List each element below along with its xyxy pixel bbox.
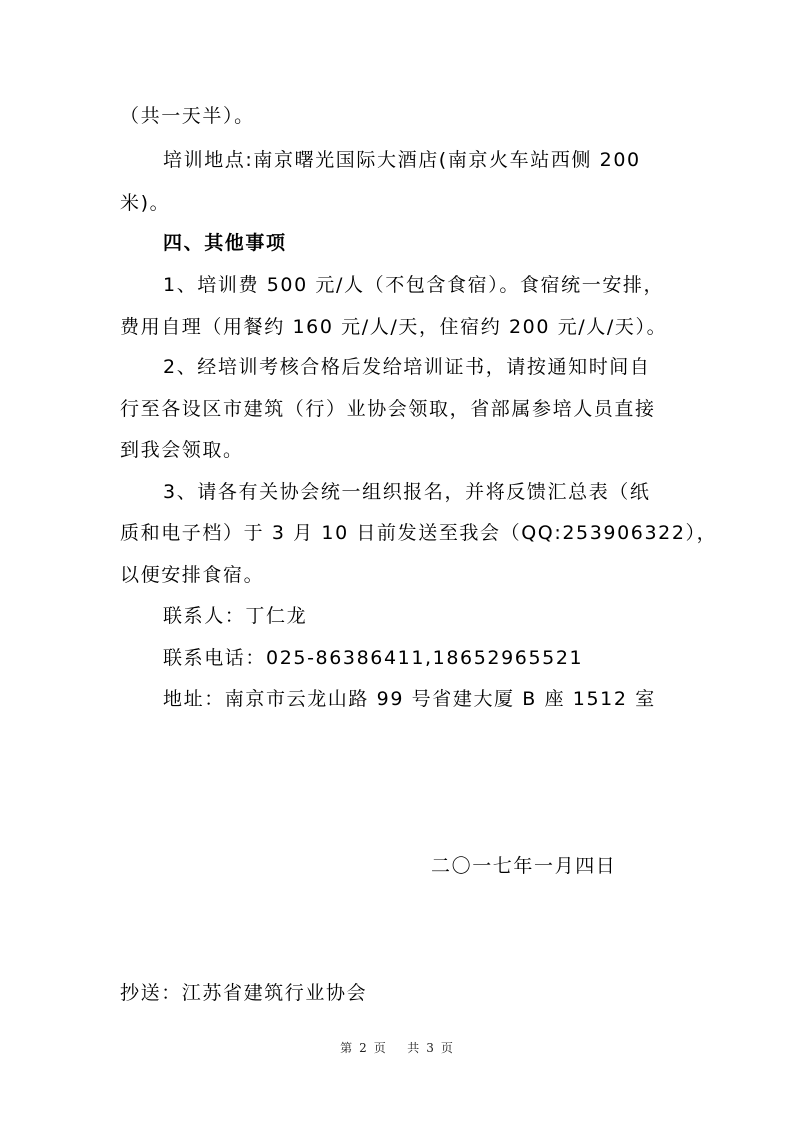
current-page-number: 2 bbox=[359, 1041, 368, 1055]
venue-line-2: 米)。 bbox=[120, 191, 170, 215]
duration-end-line: （共一天半）。 bbox=[120, 104, 255, 128]
item-1-line-1: 1、培训费 500 元/人（不包含食宿）。食宿统一安排， bbox=[163, 273, 664, 297]
total-label-prefix: 共 bbox=[407, 1041, 420, 1055]
item-3-line-3: 以便安排食宿。 bbox=[120, 563, 264, 587]
contact-address: 地址：南京市云龙山路 99 号省建大厦 B 座 1512 室 bbox=[163, 687, 656, 711]
total-label-suffix: 页 bbox=[441, 1041, 454, 1055]
contact-phone: 联系电话：025-86386411,18652965521 bbox=[163, 646, 583, 670]
item-3-line-1: 3、请各有关协会统一组织报名，并将反馈汇总表（纸 bbox=[163, 480, 651, 504]
page-footer: 第2页 共3页 bbox=[0, 1040, 794, 1056]
document-date: 二〇一七年一月四日 bbox=[431, 854, 616, 878]
page-label-prefix: 第 bbox=[340, 1041, 353, 1055]
item-2-line-1: 2、经培训考核合格后发给培训证书，请按通知时间自 bbox=[163, 355, 651, 379]
item-2-line-2: 行至各设区市建筑（行）业协会领取，省部属参培人员直接 bbox=[120, 397, 656, 421]
page-label-suffix: 页 bbox=[374, 1041, 387, 1055]
total-pages-number: 3 bbox=[426, 1041, 435, 1055]
item-2-line-3: 到我会领取。 bbox=[120, 438, 244, 462]
item-3-line-2: 质和电子档）于 3 月 10 日前发送至我会（QQ:253906322）， bbox=[120, 521, 717, 545]
cc-line: 抄送：江苏省建筑行业协会 bbox=[120, 981, 367, 1005]
item-1-line-2: 费用自理（用餐约 160 元/人/天，住宿约 200 元/人/天）。 bbox=[120, 315, 667, 339]
document-page: （共一天半）。 培训地点:南京曙光国际大酒店(南京火车站西侧 200 米)。 四… bbox=[0, 0, 794, 1123]
venue-line-1: 培训地点:南京曙光国际大酒店(南京火车站西侧 200 bbox=[163, 148, 641, 172]
contact-person: 联系人：丁仁龙 bbox=[163, 604, 307, 628]
section-four-heading: 四、其他事项 bbox=[163, 231, 287, 255]
